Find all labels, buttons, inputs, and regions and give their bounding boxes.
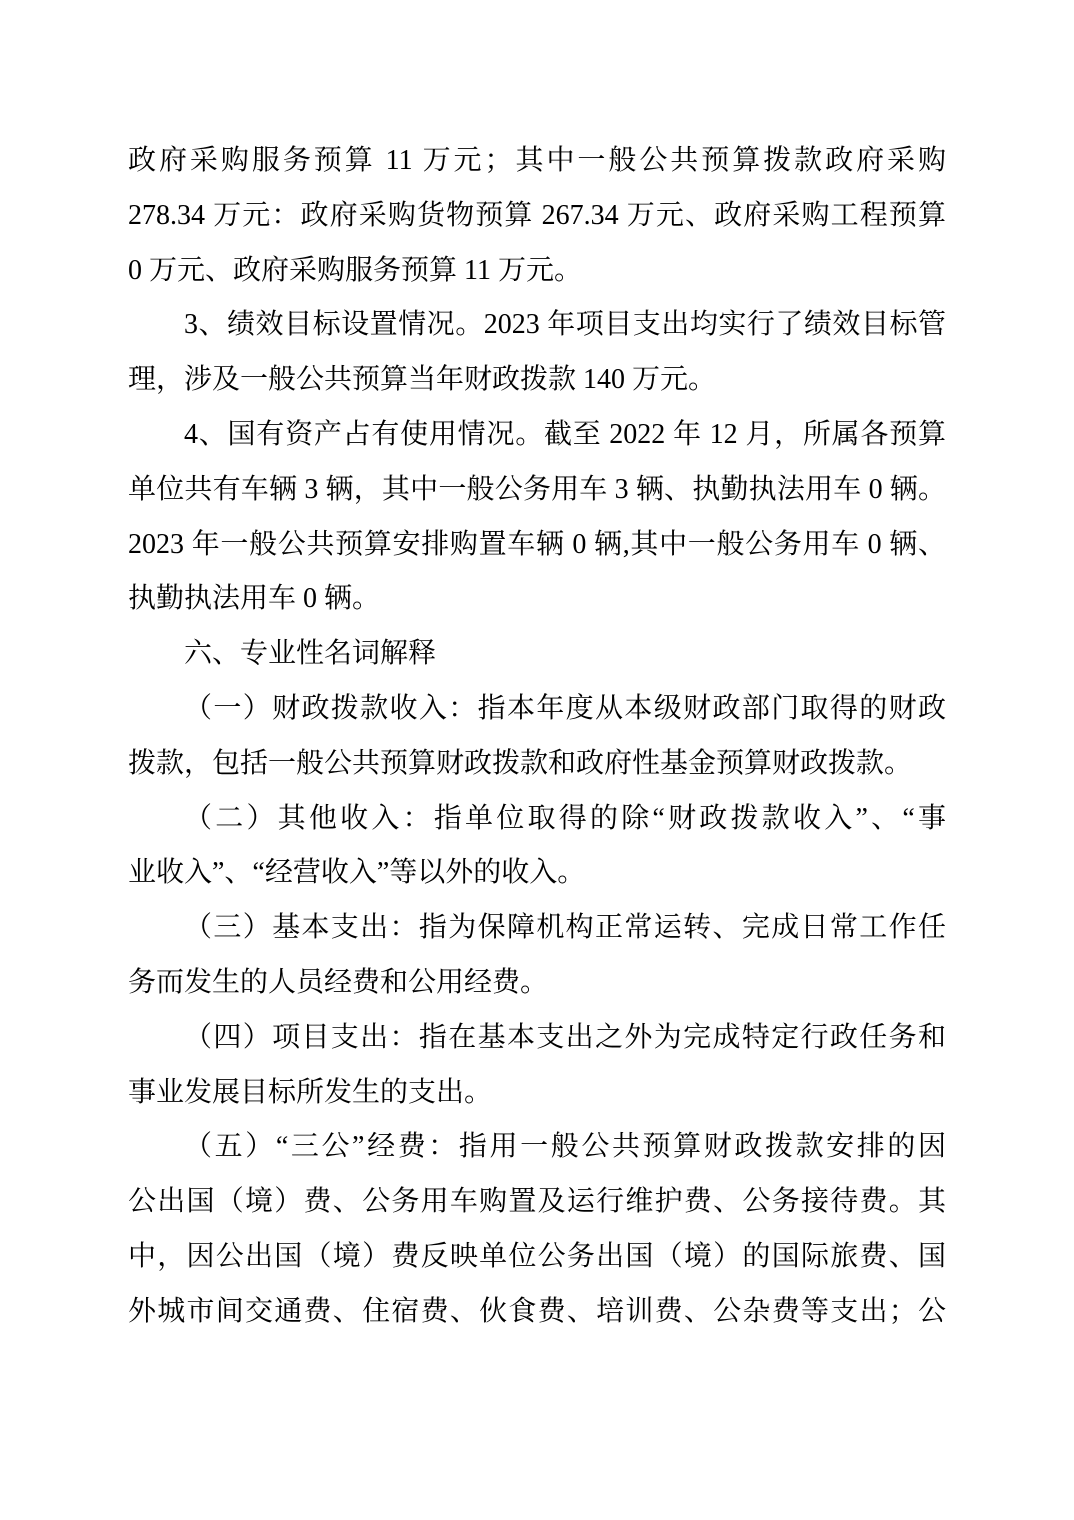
text-line: （三）基本支出：指为保障机构正常运转、完成日常工作任 xyxy=(128,901,946,956)
text-line: 事业发展目标所发生的支出。 xyxy=(128,1066,946,1121)
text-line: 业收入”、“经营收入”等以外的收入。 xyxy=(128,846,946,901)
text-line: 公出国（境）费、公务用车购置及运行维护费、公务接待费。其 xyxy=(128,1175,946,1230)
text-line: （五）“三公”经费：指用一般公共预算财政拨款安排的因 xyxy=(128,1120,946,1175)
text-line: （四）项目支出：指在基本支出之外为完成特定行政任务和 xyxy=(128,1011,946,1066)
text-line: 278.34 万元：政府采购货物预算 267.34 万元、政府采购工程预算 xyxy=(128,189,946,244)
text-line: 2023 年一般公共预算安排购置车辆 0 辆,其中一般公务用车 0 辆、 xyxy=(128,518,946,573)
text-line: （一）财政拨款收入：指本年度从本级财政部门取得的财政 xyxy=(128,682,946,737)
text-line: 单位共有车辆 3 辆，其中一般公务用车 3 辆、执勤执法用车 0 辆。 xyxy=(128,463,946,518)
document-page: 政府采购服务预算 11 万元；其中一般公共预算拨款政府采购278.34 万元：政… xyxy=(0,0,1074,1520)
text-line: 理，涉及一般公共预算当年财政拨款 140 万元。 xyxy=(128,353,946,408)
text-line: 4、国有资产占有使用情况。截至 2022 年 12 月，所属各预算 xyxy=(128,408,946,463)
text-line: 外城市间交通费、住宿费、伙食费、培训费、公杂费等支出；公 xyxy=(128,1285,946,1340)
text-line: 务而发生的人员经费和公用经费。 xyxy=(128,956,946,1011)
text-line: 0 万元、政府采购服务预算 11 万元。 xyxy=(128,244,946,299)
text-line: 拨款，包括一般公共预算财政拨款和政府性基金预算财政拨款。 xyxy=(128,737,946,792)
text-line: 中，因公出国（境）费反映单位公务出国（境）的国际旅费、国 xyxy=(128,1230,946,1285)
text-line: （二）其他收入：指单位取得的除“财政拨款收入”、“事 xyxy=(128,792,946,847)
text-line: 3、绩效目标设置情况。2023 年项目支出均实行了绩效目标管 xyxy=(128,298,946,353)
text-line: 六、专业性名词解释 xyxy=(128,627,946,682)
text-line: 政府采购服务预算 11 万元；其中一般公共预算拨款政府采购 xyxy=(128,134,946,189)
text-line: 执勤执法用车 0 辆。 xyxy=(128,572,946,627)
document-body: 政府采购服务预算 11 万元；其中一般公共预算拨款政府采购278.34 万元：政… xyxy=(128,134,946,1340)
